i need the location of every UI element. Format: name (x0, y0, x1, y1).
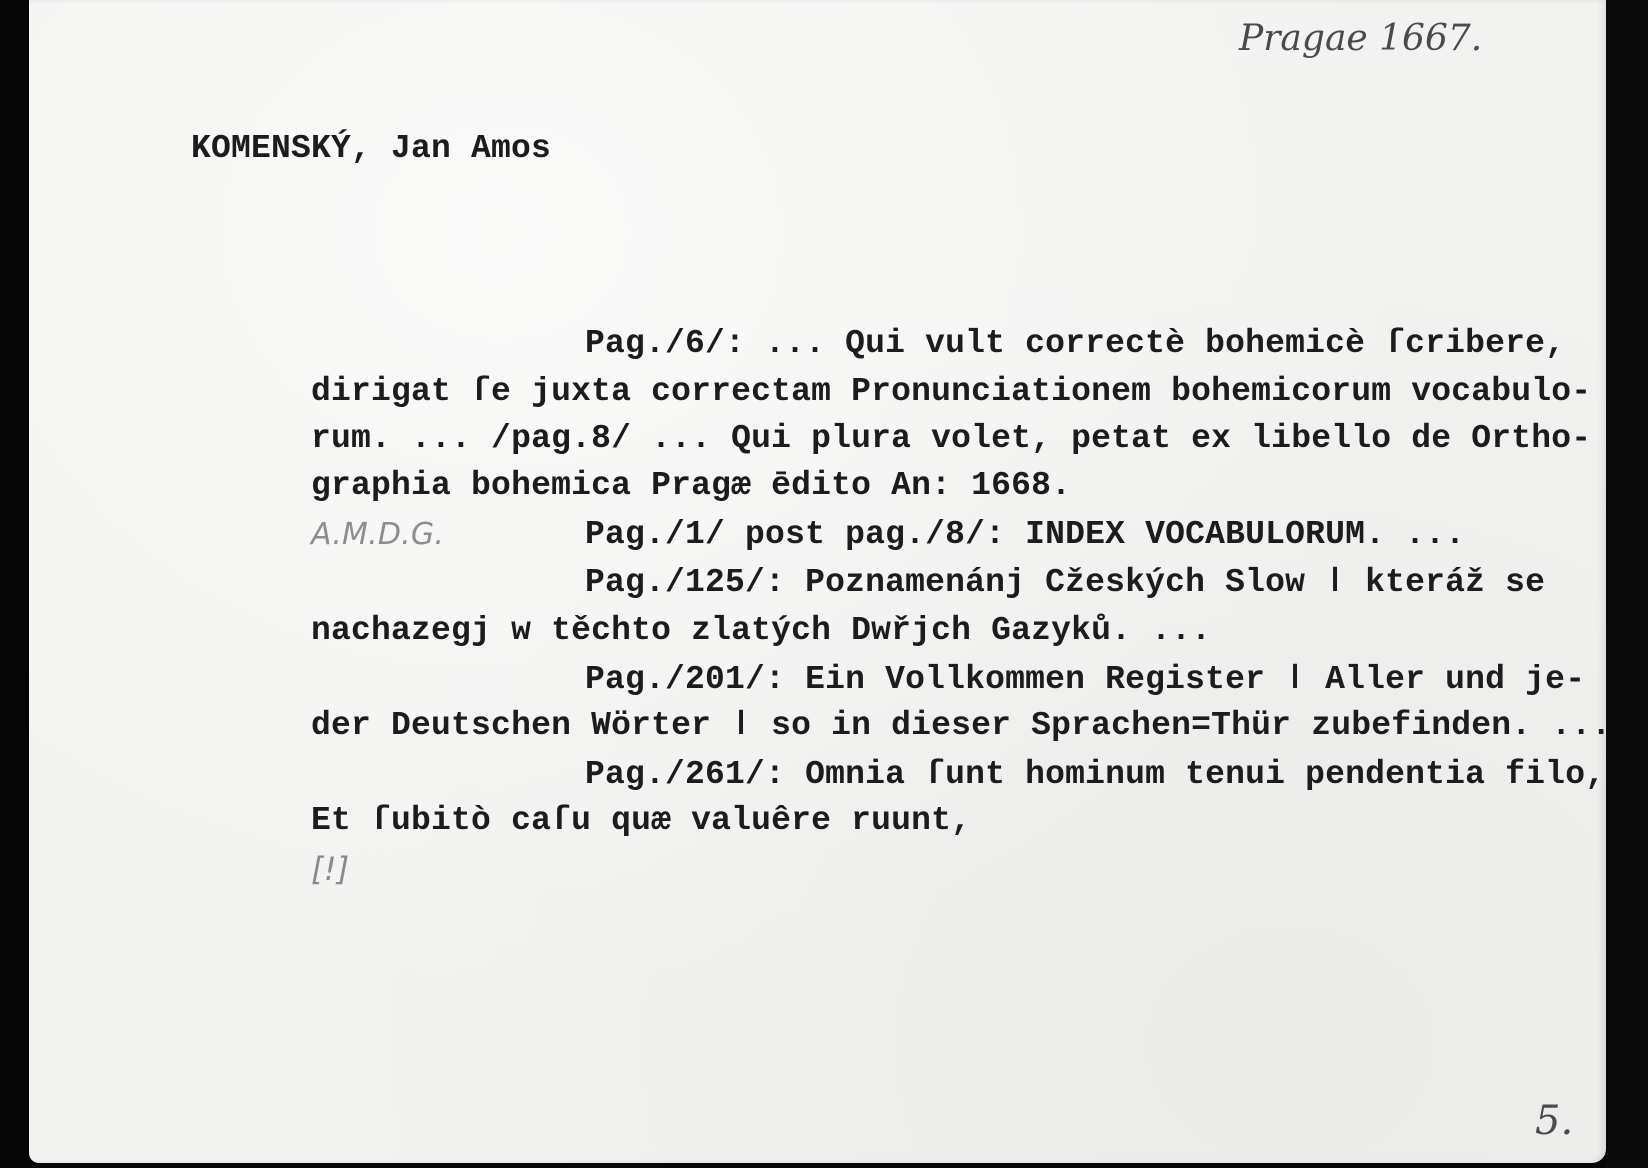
sic-annotation: [!] (311, 850, 349, 888)
scan-right-border (1606, 0, 1648, 1168)
author-heading: KOMENSKÝ, Jan Amos (191, 124, 551, 173)
catalog-card: Pragae 1667. KOMENSKÝ, Jan Amos Pag./6/:… (29, 0, 1606, 1163)
card-body: Pag./6/: ... Qui vult correctè bohemicè … (191, 270, 271, 907)
body-line-text: Et ſubitò caſu quæ valuêre ruunt, (311, 802, 971, 839)
handwritten-place-date: Pragae 1667. (1239, 18, 1482, 59)
body-line: Et ſubitò caſu quæ valuêre ruunt, [!] (191, 747, 971, 945)
handwritten-page-number: 5. (1535, 1098, 1573, 1144)
